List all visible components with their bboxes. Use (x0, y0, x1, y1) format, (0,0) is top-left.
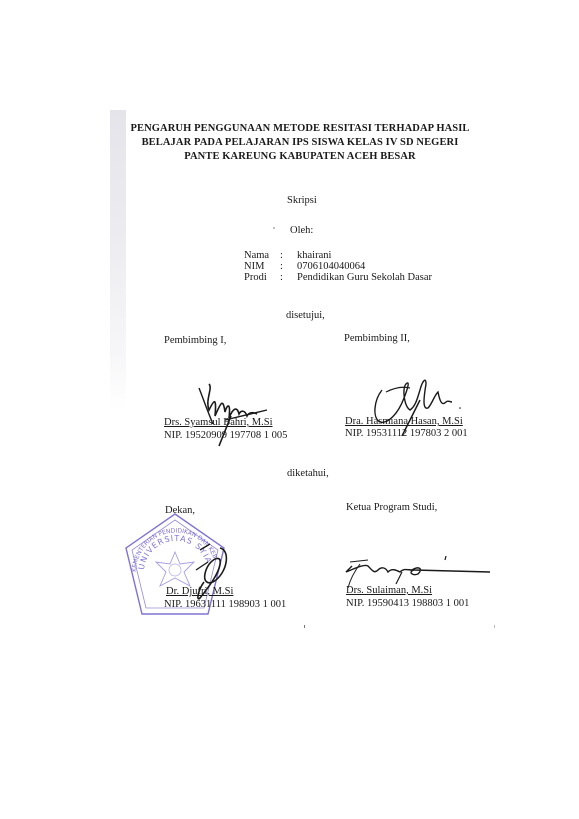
field-separator: : (280, 250, 297, 261)
advisor2-nip: NIP. 19531112 197803 2 001 (345, 428, 468, 439)
title-line-3: PANTE KAREUNG KABUPATEN ACEH BESAR (110, 150, 490, 164)
field-label: NIM (244, 261, 280, 272)
scan-speck (273, 227, 275, 229)
approval-heading: disetujui, (286, 310, 325, 321)
head-role: Ketua Program Studi, (346, 502, 437, 513)
author-name: khairani (297, 250, 331, 261)
scan-speck (494, 625, 495, 628)
field-separator: : (280, 272, 297, 283)
scan-speck (304, 625, 305, 628)
dean-role: Dekan, (165, 505, 195, 516)
author-prodi: Pendidikan Guru Sekolah Dasar (297, 272, 432, 283)
svg-text:KEMENTERIAN PENDIDIKAN DAN KEB: KEMENTERIAN PENDIDIKAN DAN KEBUDAYAAN (120, 510, 218, 572)
advisor1-name: Drs. Syamsul Bahri, M.Si (164, 417, 273, 428)
dean-nip: NIP. 19631111 198903 1 001 (164, 599, 286, 610)
head-nip: NIP. 19590413 198803 1 001 (346, 598, 469, 609)
field-label: Prodi (244, 272, 280, 283)
dean-name: Dr. Djufri, M.Si (166, 586, 233, 597)
field-label: Nama (244, 250, 280, 261)
author-nim-row: NIM : 0706104040064 (244, 261, 432, 272)
head-name: Drs. Sulaiman, M.Si (346, 585, 432, 596)
advisor2-name: Dra. Hasmiana Hasan, M.Si (345, 416, 463, 427)
field-separator: : (280, 261, 297, 272)
advisor1-nip: NIP. 19520909 197708 1 005 (164, 430, 287, 441)
title-line-2: BELAJAR PADA PELAJARAN IPS SISWA KELAS I… (110, 136, 490, 150)
by-label: Oleh: (290, 225, 313, 236)
author-name-row: Nama : khairani (244, 250, 432, 261)
document-type: Skripsi (287, 195, 317, 206)
acknowledgement-heading: diketahui, (287, 468, 329, 479)
advisor1-role: Pembimbing I, (164, 335, 226, 346)
author-info: Nama : khairani NIM : 0706104040064 Prod… (244, 250, 432, 283)
signature-head-icon (338, 552, 498, 588)
svg-text:UNIVERSITAS SYIAH KUALA: UNIVERSITAS SYIAH KUALA (120, 510, 213, 570)
author-prodi-row: Prodi : Pendidikan Guru Sekolah Dasar (244, 272, 432, 283)
title-line-1: PENGARUH PENGGUNAAN METODE RESITASI TERH… (110, 122, 490, 136)
thesis-title: PENGARUH PENGGUNAAN METODE RESITASI TERH… (110, 122, 490, 164)
author-nim: 0706104040064 (297, 261, 365, 272)
advisor2-role: Pembimbing II, (344, 333, 410, 344)
